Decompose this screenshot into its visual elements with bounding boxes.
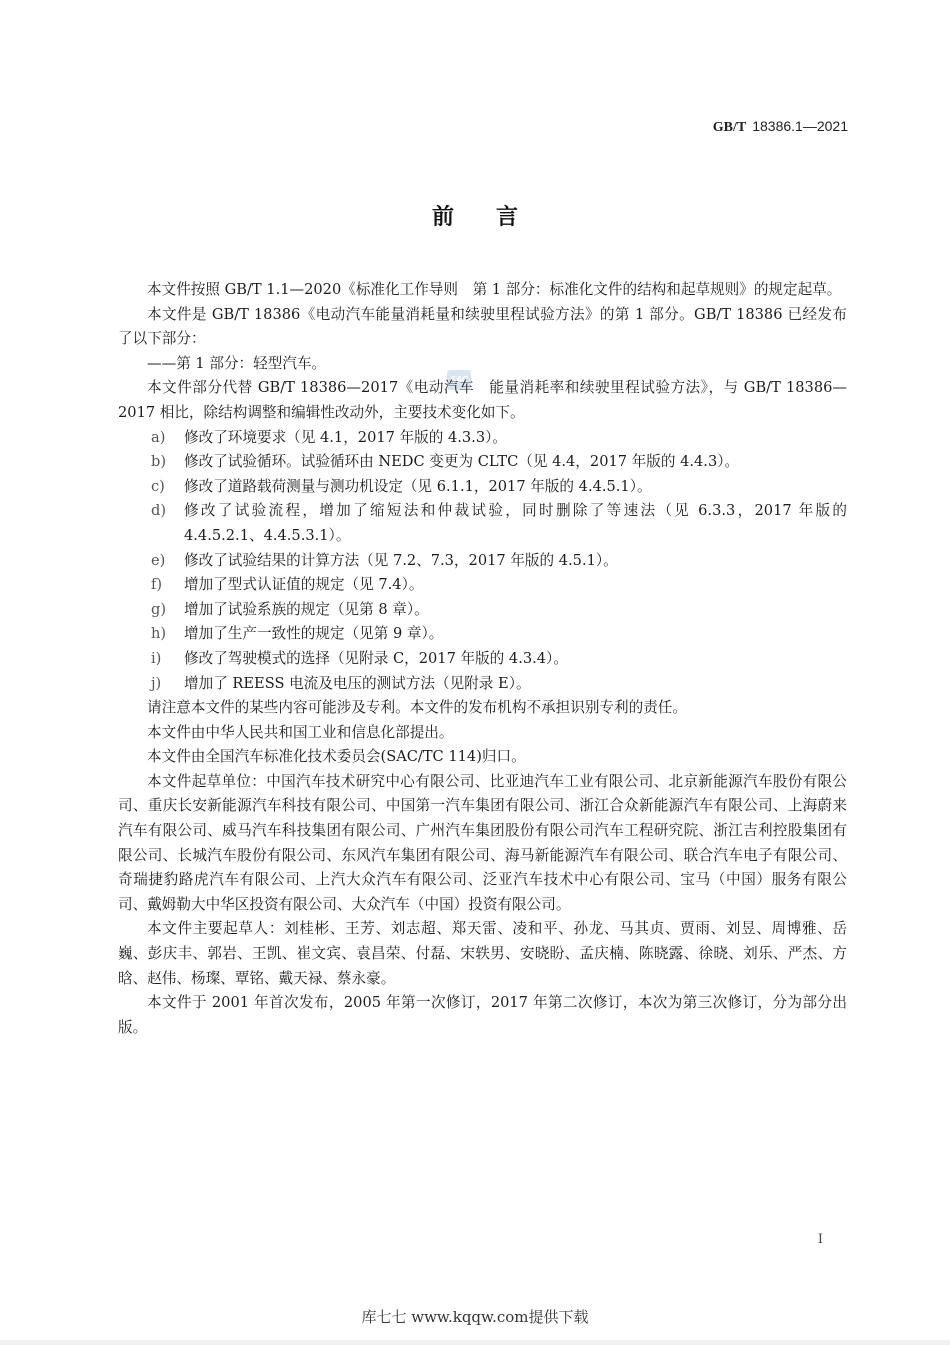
foreword-body: 本文件按照 GB/T 1.1—2020《标准化工作导则 第 1 部分：标准化文件…: [118, 278, 847, 1040]
paragraph-main-drafters: 本文件主要起草人：刘桂彬、王芳、刘志超、郑天雷、凌和平、孙龙、马其贞、贾雨、刘昱…: [118, 917, 847, 991]
standard-code: 18386.1—2021: [752, 118, 848, 134]
paragraph-series-info: 本文件是 GB/T 18386《电动汽车能量消耗量和续驶里程试验方法》的第 1 …: [118, 303, 847, 352]
page-number: I: [818, 1232, 823, 1247]
paragraph-drafting-units: 本文件起草单位：中国汽车技术研究中心有限公司、比亚迪汽车工业有限公司、北京新能源…: [118, 770, 847, 918]
change-text: 增加了生产一致性的规定（见第 9 章）。: [184, 625, 443, 642]
change-item: c)修改了道路载荷测量与测功机设定（见 6.1.1，2017 年版的 4.4.5…: [118, 475, 847, 500]
change-item: i)修改了驾驶模式的选择（见附录 C，2017 年版的 4.3.4）。: [118, 647, 847, 672]
list-marker: i): [151, 647, 161, 672]
change-text: 修改了试验循环。试验循环由 NEDC 变更为 CLTC（见 4.4，2017 年…: [184, 453, 739, 470]
paragraph-history: 本文件于 2001 年首次发布，2005 年第一次修订，2017 年第二次修订，…: [118, 991, 847, 1040]
change-text: 修改了道路载荷测量与测功机设定（见 6.1.1，2017 年版的 4.4.5.1…: [184, 478, 652, 495]
change-text: 修改了驾驶模式的选择（见附录 C，2017 年版的 4.3.4）。: [184, 650, 568, 667]
list-marker: g): [151, 598, 166, 623]
change-text: 增加了 REESS 电流及电压的测试方法（见附录 E）。: [184, 675, 531, 692]
change-text: 修改了试验结果的计算方法（见 7.2、7.3，2017 年版的 4.5.1）。: [184, 552, 618, 569]
list-marker: d): [151, 499, 166, 524]
list-marker: f): [151, 573, 162, 598]
paragraph-proposed-by: 本文件由中华人民共和国工业和信息化部提出。: [118, 721, 847, 746]
change-item: a)修改了环境要求（见 4.1，2017 年版的 4.3.3）。: [118, 426, 847, 451]
change-item: j)增加了 REESS 电流及电压的测试方法（见附录 E）。: [118, 672, 847, 697]
list-marker: e): [151, 549, 165, 574]
download-footer: 库七七 www.kqqw.com提供下载: [0, 1306, 950, 1327]
standard-prefix: GB/T: [713, 120, 746, 135]
paragraph-part-list: ——第 1 部分：轻型汽车。: [118, 352, 847, 377]
list-marker: j): [151, 672, 161, 697]
change-item: f)增加了型式认证值的规定（见 7.4）。: [118, 573, 847, 598]
change-item: g)增加了试验系族的规定（见第 8 章）。: [118, 598, 847, 623]
change-item: h)增加了生产一致性的规定（见第 9 章）。: [118, 622, 847, 647]
change-text: 修改了环境要求（见 4.1，2017 年版的 4.3.3）。: [184, 429, 507, 446]
change-item: b)修改了试验循环。试验循环由 NEDC 变更为 CLTC（见 4.4，2017…: [118, 450, 847, 475]
list-marker: h): [151, 622, 166, 647]
change-item: e)修改了试验结果的计算方法（见 7.2、7.3，2017 年版的 4.5.1）…: [118, 549, 847, 574]
page-title: 前言: [0, 200, 950, 231]
list-marker: c): [151, 475, 165, 500]
list-marker: b): [151, 450, 166, 475]
paragraph-drafting-rules: 本文件按照 GB/T 1.1—2020《标准化工作导则 第 1 部分：标准化文件…: [118, 278, 847, 303]
change-item: d)修改了试验流程，增加了缩短法和仲裁试验，同时删除了等速法（见 6.3.3，2…: [118, 499, 847, 548]
change-text: 增加了型式认证值的规定（见 7.4）。: [184, 576, 423, 593]
paragraph-managed-by: 本文件由全国汽车标准化技术委员会(SAC/TC 114)归口。: [118, 745, 847, 770]
list-marker: a): [151, 426, 165, 451]
change-text: 增加了试验系族的规定（见第 8 章）。: [184, 601, 429, 618]
paragraph-replacement: 本文件部分代替 GB/T 18386—2017《电动汽车 能量消耗率和续驶里程试…: [118, 376, 847, 425]
change-text: 修改了试验流程，增加了缩短法和仲裁试验，同时删除了等速法（见 6.3.3，201…: [184, 502, 847, 544]
standard-number-header: GB/T18386.1—2021: [713, 118, 848, 136]
document-page: GB/T18386.1—2021 前言 SAC 本文件按照 GB/T 1.1—2…: [0, 0, 950, 1340]
paragraph-patent-notice: 请注意本文件的某些内容可能涉及专利。本文件的发布机构不承担识别专利的责任。: [118, 696, 847, 721]
